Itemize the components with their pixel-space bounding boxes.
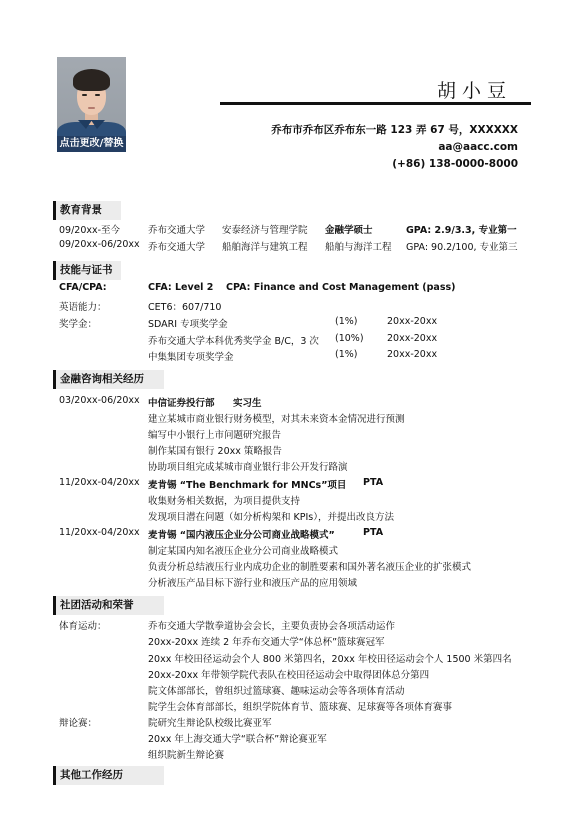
scholarship-name: 中集集团专项奖学金 [148,349,234,363]
activity-row: 20xx-20xx 年带领学院代表队在校田径运动会中取得团体总分第四 [0,667,580,683]
cpa-value: CPA: Finance and Cost Management (pass) [226,282,455,293]
education-row: 09/20xx-至今 乔布交通大学 安泰经济与管理学院 金融学硕士 GPA: 2… [0,222,580,238]
candidate-name: 胡小豆 [437,76,512,103]
job-header-row: 11/20xx-04/20xx 麦肯锡 “The Benchmark for M… [0,477,580,493]
contact-phone: (+86) 138-0000-8000 [392,158,518,170]
section-skills-title: 技能与证书 [53,261,121,280]
job-bullet: 制定某国内知名液压企业分公司商业战略模式 [0,543,580,559]
job-bullet: 负责分析总结液压行业内成功企业的制胜要素和国外著名液压企业的扩张模式 [0,559,580,575]
job-bullet: 建立某城市商业银行财务模型，对其未来资本金情况进行预测 [0,411,580,427]
scholarship-years: 20xx-20xx [387,316,437,327]
job-role: 实习生 [233,395,262,409]
education-degree: 船舶与海洋工程 [325,239,392,253]
job-header-row: 11/20xx-04/20xx 麦肯锡 “国内液压企业分公司商业战略模式” PT… [0,527,580,543]
education-date: 09/20xx-06/20xx [59,239,140,250]
photo-eye-right [95,94,100,96]
education-gpa: GPA: 90.2/100, 专业第三 [406,239,518,253]
job-bullet-text: 制定某国内知名液压企业分公司商业战略模式 [148,543,338,557]
debate-label: 辩论赛： [59,715,97,729]
scholarship-pct: (10%) [335,333,364,344]
section-finance-title: 金融咨询相关经历 [53,370,164,389]
cfa-value: CFA: Level 2 [148,282,213,293]
activity-row: 体育运动： 乔布交通大学散拳道协会会长，主要负责协会各项活动运作 [0,618,580,634]
education-college: 安泰经济与管理学院 [222,222,308,236]
english-label: 英语能力： [59,299,107,313]
scholarship-pct: (1%) [335,349,357,360]
job-bullet-text: 收集财务相关数据，为项目提供支持 [148,493,300,507]
job-bullet: 协助项目组完成某城市商业银行非公开发行路演 [0,459,580,475]
job-bullet-text: 制作某国有银行 20xx 策略报告 [148,443,282,457]
change-photo-button[interactable]: 点击更改/替换 [57,136,126,152]
english-value: CET6：607/710 [148,299,221,313]
section-activities-title: 社团活动和荣誉 [53,596,164,615]
scholarship-row: 中集集团专项奖学金 (1%) 20xx-20xx [0,349,580,365]
resume-page: 点击更改/替换 胡小豆 乔布市乔布区乔布东一路 123 弄 67 号，XXXXX… [0,0,580,820]
activity-text: 20xx-20xx 年带领学院代表队在校田径运动会中取得团体总分第四 [148,667,429,681]
job-org: 麦肯锡 “国内液压企业分公司商业战略模式” [148,527,335,541]
education-school: 乔布交通大学 [148,239,205,253]
job-bullet: 制作某国有银行 20xx 策略报告 [0,443,580,459]
job-bullet: 编写中小银行上市问题研究报告 [0,427,580,443]
job-org: 中信证券投行部 [148,395,215,409]
job-bullet-text: 分析液压产品目标下游行业和液压产品的应用领域 [148,575,357,589]
job-header-row: 03/20xx-06/20xx 中信证券投行部 实习生 [0,395,580,411]
english-row: 英语能力： CET6：607/710 [0,299,580,315]
section-other-work-title: 其他工作经历 [53,766,164,785]
photo-mouth [88,107,95,109]
activity-row: 院学生会体育部部长，组织学院体育节、篮球赛、足球赛等各项体育赛事 [0,699,580,715]
activity-text: 20xx-20xx 连续 2 年乔布交通大学“体总杯”篮球赛冠军 [148,634,385,648]
job-org: 麦肯锡 “The Benchmark for MNCs”项目 [148,477,346,491]
job-date: 11/20xx-04/20xx [59,477,140,488]
header-divider [220,102,531,105]
activity-row: 组织院新生辩论赛 [0,747,580,763]
job-bullet: 分析液压产品目标下游行业和液压产品的应用领域 [0,575,580,591]
education-college: 船舶海洋与建筑工程 [222,239,308,253]
job-date: 11/20xx-04/20xx [59,527,140,538]
job-date: 03/20xx-06/20xx [59,395,140,406]
activity-text: 20xx 年上海交通大学“联合杯”辩论赛亚军 [148,731,327,745]
scholarship-years: 20xx-20xx [387,349,437,360]
activity-text: 乔布交通大学散拳道协会会长，主要负责协会各项活动运作 [148,618,395,632]
activity-text: 院文体部部长，曾组织过篮球赛、趣味运动会等各项体育活动 [148,683,405,697]
job-bullet-text: 负责分析总结液压行业内成功企业的制胜要素和国外著名液压企业的扩张模式 [148,559,471,573]
education-gpa: GPA: 2.9/3.3, 专业第一 [406,222,517,236]
job-role: PTA [363,527,383,538]
job-role: PTA [363,477,383,488]
job-bullet: 发现项目潜在问题（如分析构架和 KPIs），并提出改良方法 [0,509,580,525]
job-bullet-text: 建立某城市商业银行财务模型，对其未来资本金情况进行预测 [148,411,405,425]
profile-photo[interactable]: 点击更改/替换 [57,57,126,152]
sports-label: 体育运动： [59,618,107,632]
activity-row: 辩论赛： 院研究生辩论队校级比赛亚军 [0,715,580,731]
scholarship-name: SDARI 专项奖学金 [148,316,228,330]
photo-eye-left [82,94,87,96]
scholarship-label: 奖学金： [59,316,97,330]
scholarship-row: 乔布交通大学本科优秀奖学金 B/C，3 次 (10%) 20xx-20xx [0,333,580,349]
activity-text: 院研究生辩论队校级比赛亚军 [148,715,272,729]
photo-collar-left [78,120,92,129]
cert-row: CFA/CPA: CFA: Level 2 CPA: Finance and C… [0,282,580,298]
activity-row: 20xx 年校田径运动会个人 800 米第四名，20xx 年校田径运动会个人 1… [0,651,580,667]
job-bullet-text: 协助项目组完成某城市商业银行非公开发行路演 [148,459,348,473]
scholarship-years: 20xx-20xx [387,333,437,344]
photo-collar-right [91,120,105,129]
education-degree: 金融学硕士 [325,222,373,236]
scholarship-row: 奖学金： SDARI 专项奖学金 (1%) 20xx-20xx [0,316,580,332]
education-row: 09/20xx-06/20xx 乔布交通大学 船舶海洋与建筑工程 船舶与海洋工程… [0,239,580,255]
activity-row: 院文体部部长，曾组织过篮球赛、趣味运动会等各项体育活动 [0,683,580,699]
job-bullet: 收集财务相关数据，为项目提供支持 [0,493,580,509]
job-bullet-text: 编写中小银行上市问题研究报告 [148,427,281,441]
activity-row: 20xx 年上海交通大学“联合杯”辩论赛亚军 [0,731,580,747]
contact-email: aa@aacc.com [438,141,518,153]
scholarship-name: 乔布交通大学本科优秀奖学金 B/C，3 次 [148,333,319,347]
section-education-title: 教育背景 [53,201,121,220]
contact-address: 乔布市乔布区乔布东一路 123 弄 67 号，XXXXXX [271,122,518,137]
photo-hair [73,69,110,91]
education-school: 乔布交通大学 [148,222,205,236]
education-date: 09/20xx-至今 [59,222,120,236]
activity-text: 20xx 年校田径运动会个人 800 米第四名，20xx 年校田径运动会个人 1… [148,651,512,665]
scholarship-pct: (1%) [335,316,357,327]
job-bullet-text: 发现项目潜在问题（如分析构架和 KPIs），并提出改良方法 [148,509,394,523]
activity-text: 组织院新生辩论赛 [148,747,224,761]
activity-row: 20xx-20xx 连续 2 年乔布交通大学“体总杯”篮球赛冠军 [0,634,580,650]
activity-text: 院学生会体育部部长，组织学院体育节、篮球赛、足球赛等各项体育赛事 [148,699,452,713]
cert-label: CFA/CPA: [59,282,107,293]
